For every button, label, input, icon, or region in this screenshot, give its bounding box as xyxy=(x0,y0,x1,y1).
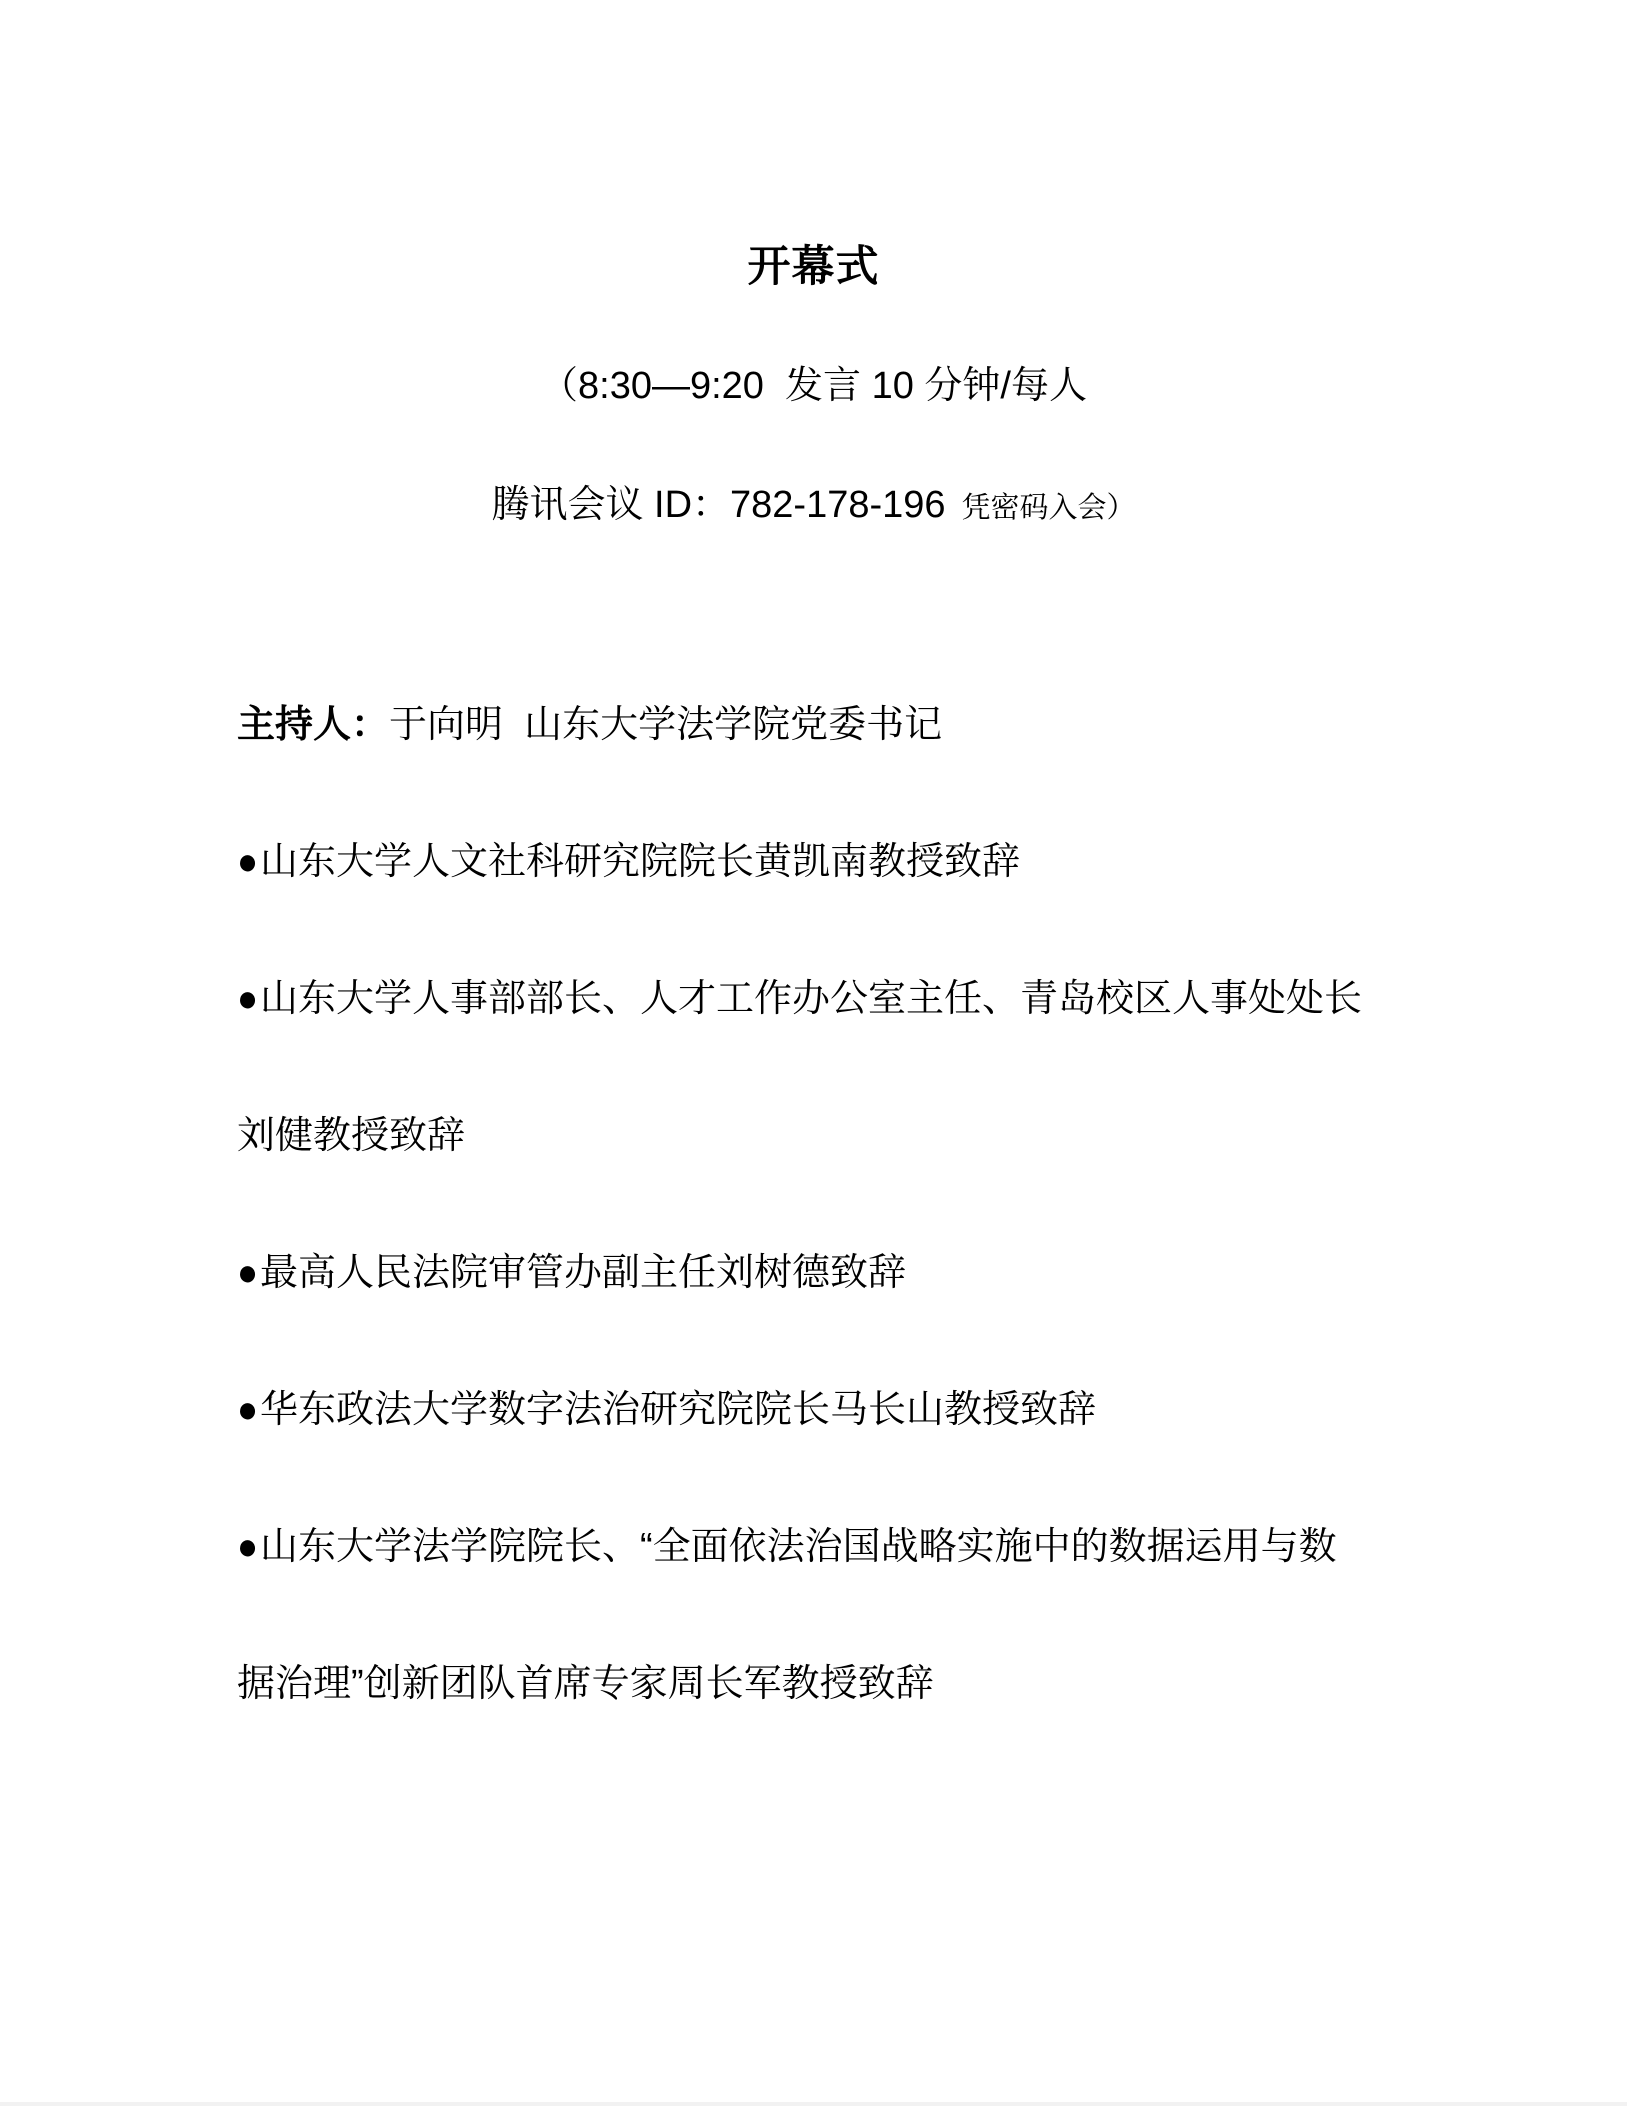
bullet-icon: ● xyxy=(237,958,258,1041)
agenda-continuation-line: 刘健教授致辞 xyxy=(237,1095,1390,1178)
page-title: 开幕式 xyxy=(0,226,1627,309)
document-header: 开幕式 （8:30—9:20 发言 10 分钟/每人 腾讯会议 ID：782-1… xyxy=(0,0,1627,586)
bullet-icon: ● xyxy=(237,821,258,904)
agenda-line: ●最高人民法院审管办副主任刘树德致辞 xyxy=(237,1232,1390,1315)
agenda-line: ●山东大学法学院院长、“全面依法治国战略实施中的数据运用与数 xyxy=(237,1506,1390,1589)
bullet-icon: ● xyxy=(237,1232,258,1315)
agenda-body: 主持人：于向明 山东大学法学院党委书记 ●山东大学人文社科研究院院长黄凯南教授致… xyxy=(237,630,1390,1780)
bullet-icon: ● xyxy=(237,1506,258,1589)
bullet-icon: ● xyxy=(237,1369,258,1452)
agenda-line: ●山东大学人文社科研究院院长黄凯南教授致辞 xyxy=(237,821,1390,904)
meeting-line: 腾讯会议 ID：782-178-196凭密码入会） xyxy=(0,464,1627,550)
host-line: 主持人：于向明 山东大学法学院党委书记 xyxy=(237,684,1390,767)
document-page: 开幕式 （8:30—9:20 发言 10 分钟/每人 腾讯会议 ID：782-1… xyxy=(0,0,1627,2106)
agenda-line-text: 华东政法大学数字法治研究院院长马长山教授致辞 xyxy=(260,1389,1096,1431)
agenda-line-text: 据治理”创新团队首席专家周长军教授致辞 xyxy=(237,1663,934,1705)
agenda-line-text: 山东大学人事部部长、人才工作办公室主任、青岛校区人事处处长 xyxy=(260,978,1362,1020)
agenda-line-text: 刘健教授致辞 xyxy=(237,1115,465,1157)
agenda-line: ●华东政法大学数字法治研究院院长马长山教授致辞 xyxy=(237,1369,1390,1452)
agenda-line-text: 最高人民法院审管办副主任刘树德致辞 xyxy=(260,1252,906,1294)
meeting-id: 腾讯会议 ID：782-178-196 xyxy=(491,484,945,526)
agenda-line-text: 山东大学法学院院长、“全面依法治国战略实施中的数据运用与数 xyxy=(260,1526,1337,1568)
host-label: 主持人： xyxy=(237,704,389,746)
page-bottom-separator xyxy=(0,2102,1627,2106)
agenda-line: ●山东大学人事部部长、人才工作办公室主任、青岛校区人事处处长 xyxy=(237,958,1390,1041)
meeting-password-note: 凭密码入会） xyxy=(962,492,1136,524)
agenda-line-text: 山东大学人文社科研究院院长黄凯南教授致辞 xyxy=(260,841,1020,883)
schedule-line: （8:30—9:20 发言 10 分钟/每人 xyxy=(0,345,1627,428)
agenda-continuation-line: 据治理”创新团队首席专家周长军教授致辞 xyxy=(237,1643,1390,1726)
host-value: 于向明 山东大学法学院党委书记 xyxy=(389,704,942,746)
